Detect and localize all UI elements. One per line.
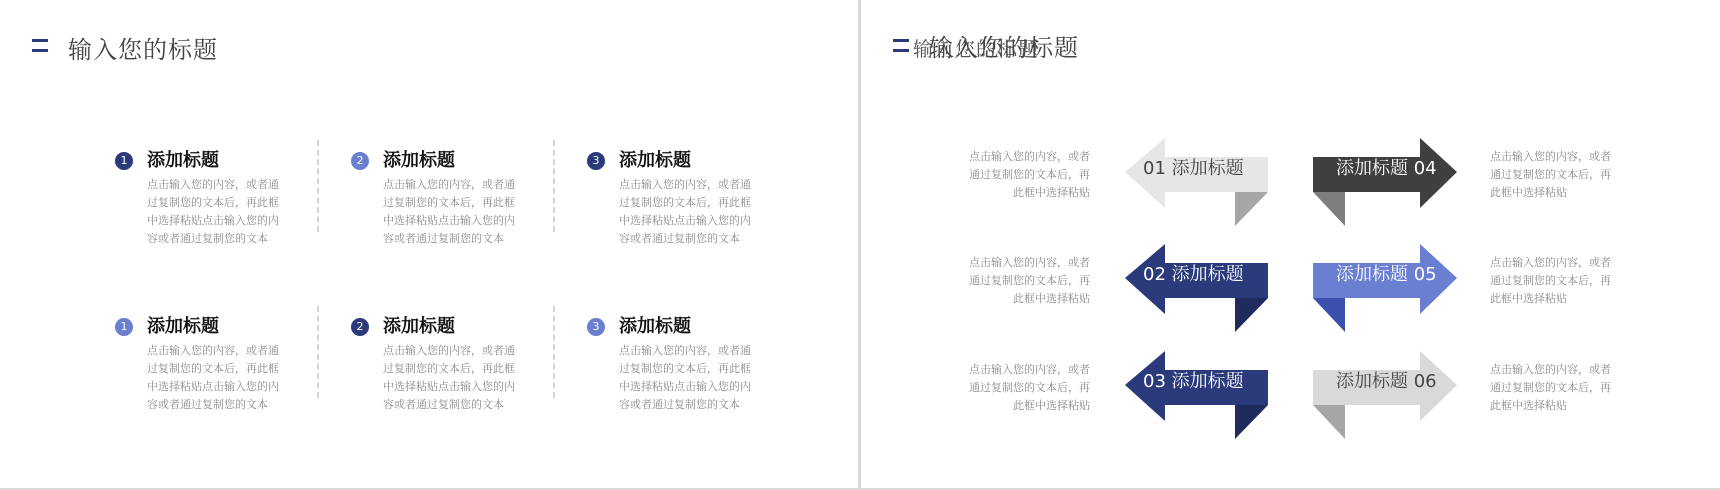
item-title[interactable]: 添加标题 (147, 312, 219, 338)
title-equals-icon (893, 39, 909, 52)
number-badge: 2 (351, 318, 369, 336)
arrow-label: 添加标题 05 (1336, 260, 1437, 286)
arrow-shape-06[interactable]: 添加标题 06 (1312, 349, 1482, 439)
dashed-separator (317, 306, 319, 398)
arrow-label: 添加标题 04 (1336, 154, 1437, 180)
slide-right: 输入您的标题 输入您的标题 点击输入您的内容，或者通过复制您的文本后，再此框中选… (861, 0, 1720, 488)
arrow-description[interactable]: 点击输入您的内容，或者通过复制您的文本后，再此框中选择粘贴 (1490, 254, 1615, 308)
arrow-shape-02[interactable]: 02 添加标题 (1123, 242, 1293, 332)
left-arrow-icon (1123, 242, 1293, 334)
item-body[interactable]: 点击输入您的内容，或者通过复制您的文本后，再此框中选择粘贴点击输入您的内容或者通… (619, 342, 759, 414)
number-badge: 1 (115, 318, 133, 336)
arrow-description[interactable]: 点击输入您的内容，或者通过复制您的文本后，再此框中选择粘贴 (965, 361, 1090, 415)
right-arrow-icon (1312, 242, 1482, 334)
arrow-shape-03[interactable]: 03 添加标题 (1123, 349, 1293, 439)
item-title[interactable]: 添加标题 (619, 312, 691, 338)
item-body[interactable]: 点击输入您的内容，或者通过复制您的文本后，再此框中选择粘贴点击输入您的内容或者通… (147, 342, 287, 414)
item-body[interactable]: 点击输入您的内容，或者通过复制您的文本后，再此框中选择粘贴点击输入您的内容或者通… (619, 176, 759, 248)
right-arrow-icon (1312, 349, 1482, 441)
title-equals-icon (32, 39, 48, 52)
number-badge: 2 (351, 152, 369, 170)
slide-left: 输入您的标题 1 添加标题 点击输入您的内容，或者通过复制您的文本后，再此框中选… (0, 0, 858, 488)
item-title[interactable]: 添加标题 (619, 146, 691, 172)
number-badge: 1 (115, 152, 133, 170)
arrow-description[interactable]: 点击输入您的内容，或者通过复制您的文本后，再此框中选择粘贴 (965, 254, 1090, 308)
item-title[interactable]: 添加标题 (383, 312, 455, 338)
item-body[interactable]: 点击输入您的内容，或者通过复制您的文本后，再此框中选择粘贴点击输入您的内容或者通… (383, 176, 523, 248)
arrow-shape-05[interactable]: 添加标题 05 (1312, 242, 1482, 332)
arrow-label: 03 添加标题 (1143, 367, 1244, 393)
arrow-description[interactable]: 点击输入您的内容，或者通过复制您的文本后，再此框中选择粘贴 (965, 148, 1090, 202)
dashed-separator (553, 306, 555, 398)
number-badge: 3 (587, 318, 605, 336)
item-title[interactable]: 添加标题 (147, 146, 219, 172)
left-arrow-icon (1123, 349, 1293, 441)
right-arrow-icon (1312, 136, 1482, 228)
item-body[interactable]: 点击输入您的内容，或者通过复制您的文本后，再此框中选择粘贴点击输入您的内容或者通… (147, 176, 287, 248)
number-badge: 3 (587, 152, 605, 170)
slide-title[interactable]: 输入您的标题 (68, 30, 218, 65)
slide-title[interactable]: 输入您的标题 (929, 28, 1079, 63)
dashed-separator (317, 140, 319, 232)
dashed-separator (553, 140, 555, 232)
arrow-label: 添加标题 06 (1336, 367, 1437, 393)
item-body[interactable]: 点击输入您的内容，或者通过复制您的文本后，再此框中选择粘贴点击输入您的内容或者通… (383, 342, 523, 414)
arrow-label: 02 添加标题 (1143, 260, 1244, 286)
arrow-shape-04[interactable]: 添加标题 04 (1312, 136, 1482, 226)
left-arrow-icon (1123, 136, 1293, 228)
arrow-label: 01 添加标题 (1143, 154, 1244, 180)
arrow-shape-01[interactable]: 01 添加标题 (1123, 136, 1293, 226)
arrow-description[interactable]: 点击输入您的内容，或者通过复制您的文本后，再此框中选择粘贴 (1490, 361, 1615, 415)
item-title[interactable]: 添加标题 (383, 146, 455, 172)
arrow-description[interactable]: 点击输入您的内容，或者通过复制您的文本后，再此框中选择粘贴 (1490, 148, 1615, 202)
